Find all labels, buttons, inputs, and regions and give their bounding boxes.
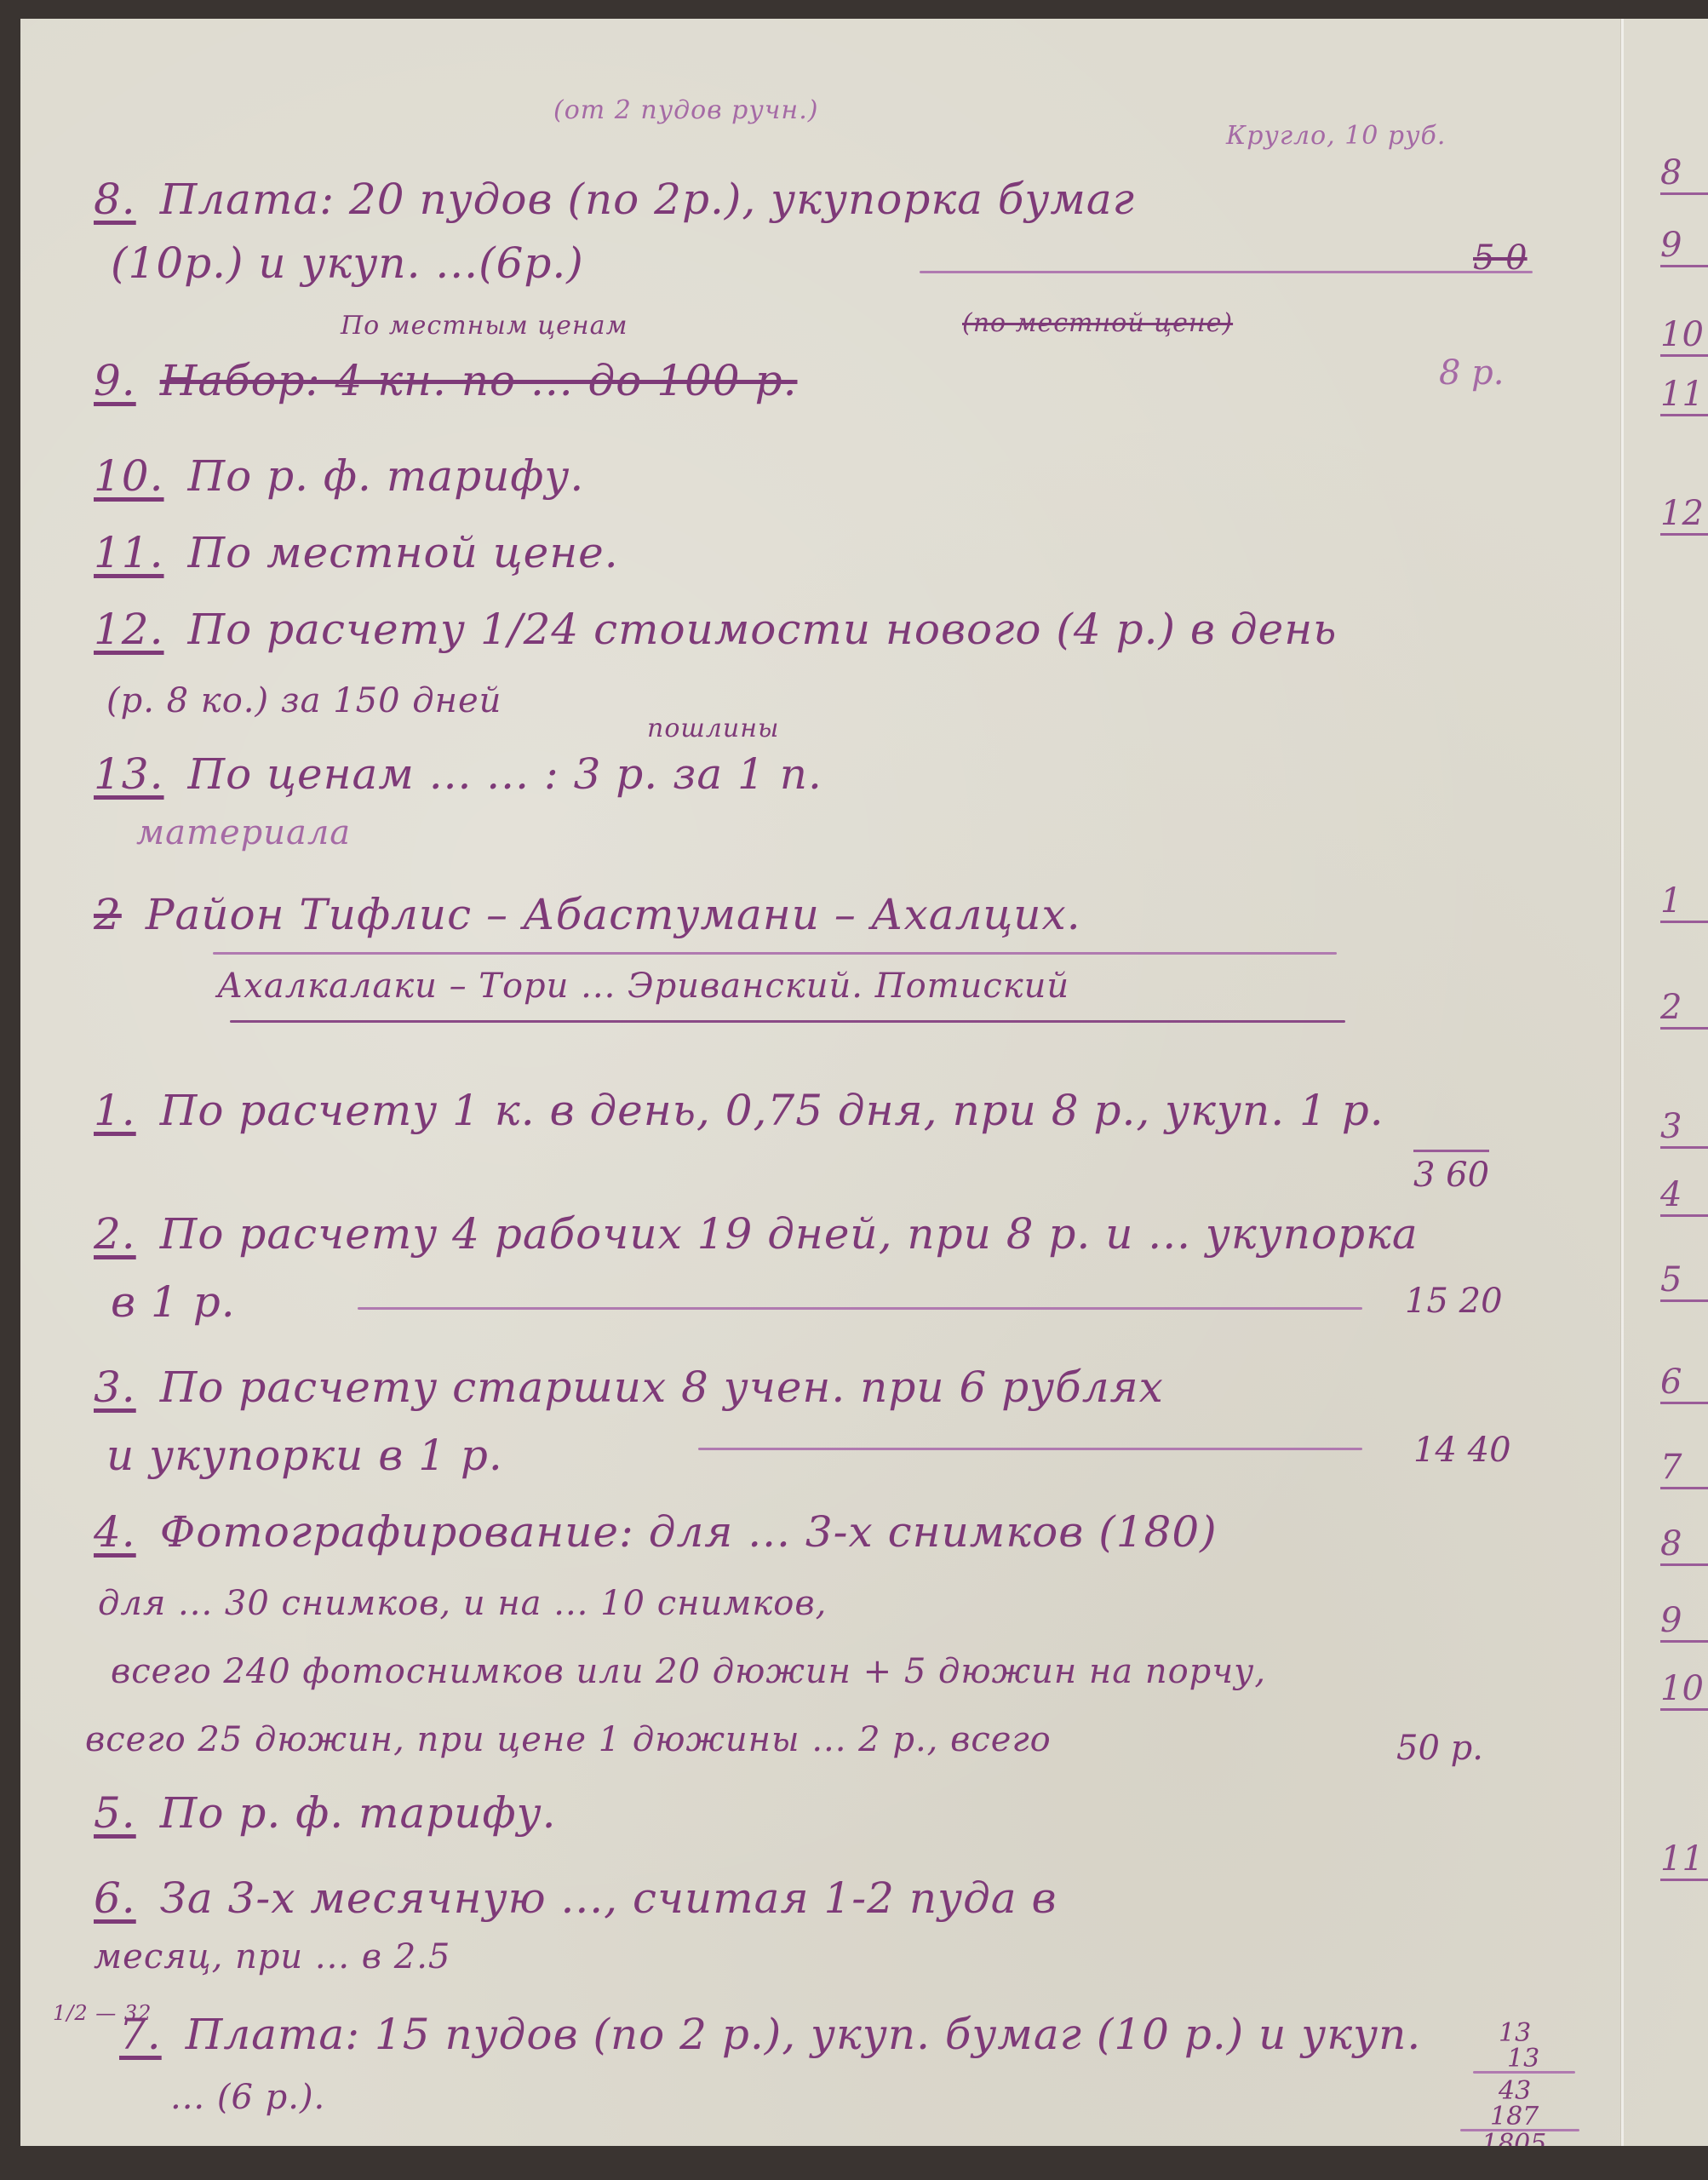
edge-number: 10 (1660, 315, 1708, 357)
item-b3-line2: и укупорки в 1 р. (106, 1431, 503, 1480)
leader-line (358, 1307, 1362, 1310)
item-number: 9. (94, 356, 136, 405)
item-8-line1: 8.Плата: 20 пудов (по 2р.), укупорка бум… (94, 175, 1135, 224)
item-9-amount: 8 р. (1439, 353, 1504, 393)
item-b1-amount: 3 60 (1413, 1150, 1489, 1195)
page-fold-line (1621, 19, 1624, 2161)
edge-number: 5 (1660, 1260, 1708, 1302)
item-12-line2: (р. 8 ко.) за 150 дней (106, 681, 502, 720)
item-11-line1: 11.По местной цене. (94, 528, 619, 577)
item-b4-line2: для ... 30 снимков, и на ... 10 снимков, (98, 1584, 827, 1623)
annotation-above-9: По местным ценам (341, 311, 628, 341)
annotation-above-8: (от 2 пудов ручн.) (553, 95, 818, 125)
item-b4-line4: всего 25 дюжин, при цене 1 дюжины ... 2 … (85, 1720, 1052, 1759)
item-8-amount: 5 0 (1473, 238, 1527, 278)
item-13-line2: материала (136, 813, 351, 852)
edge-number: 3 (1660, 1107, 1708, 1149)
item-number: 12. (94, 605, 164, 654)
item-text: По расчету 4 рабочих 19 дней, при 8 р. и… (160, 1209, 1419, 1259)
item-text: Плата: 15 пудов (по 2 р.), укуп. бумаг (… (186, 2010, 1422, 2059)
calc-value: 13 (1507, 2044, 1539, 2074)
item-b1-line1: 1.По расчету 1 к. в день, 0,75 дня, при … (94, 1086, 1384, 1135)
item-text: Фотографирование: для ... 3-х снимков (1… (160, 1507, 1218, 1557)
item-b4-line1: 4.Фотографирование: для ... 3-х снимков … (94, 1507, 1218, 1557)
item-b2-amount: 15 20 (1405, 1282, 1503, 1321)
item-text: По расчету 1/24 стоимости нового (4 р.) … (188, 605, 1338, 654)
item-number: 3. (94, 1362, 136, 1412)
heading-text: Район Тифлис – Абастумани – Ахалцих. (146, 890, 1081, 939)
item-text: По расчету старших 8 учен. при 6 рублях (160, 1362, 1164, 1412)
item-number: 8. (94, 175, 136, 224)
item-number: 2. (94, 1209, 136, 1259)
item-text: По р. ф. тарифу. (188, 451, 585, 501)
calc-rule (1473, 2071, 1575, 2074)
item-text: Плата: 20 пудов (по 2р.), укупорка бумаг (160, 175, 1135, 224)
annotation-right-8: Кругло, 10 руб. (1226, 121, 1446, 151)
item-text: За 3-х месячную ..., считая 1-2 пуда в (160, 1873, 1057, 1923)
edge-number: 9 (1660, 1601, 1708, 1643)
item-number: 13. (94, 749, 164, 799)
edge-number: 12 (1660, 494, 1708, 536)
edge-number: 10 (1660, 1669, 1708, 1711)
item-number: 6. (94, 1873, 136, 1923)
item-8-line2: (10р.) и укуп. ...(6р.) (111, 238, 584, 288)
item-b6-line2: месяц, при ... в 2.5 (94, 1937, 450, 1976)
item-number: 10. (94, 451, 164, 501)
item-number: 11. (94, 528, 164, 577)
scan-border-bottom (0, 2146, 1708, 2180)
edge-number: 6 (1660, 1362, 1708, 1404)
edge-number: 1 (1660, 881, 1708, 923)
heading-rule-bottom (230, 1020, 1345, 1023)
item-b7-line2: ... (6 р.). (170, 2078, 325, 2117)
item-b6-line1: 6.За 3-х месячную ..., считая 1-2 пуда в (94, 1873, 1057, 1923)
leader-line (920, 271, 1533, 273)
item-number: 7. (119, 2010, 162, 2059)
item-b4-line3: всего 240 фотоснимков или 20 дюжин + 5 д… (111, 1652, 1266, 1691)
annotation-bracket-9: (по местной цене) (962, 308, 1233, 338)
item-b2-line2: в 1 р. (111, 1277, 236, 1327)
edge-number: 9 (1660, 226, 1708, 267)
edge-number: 2 (1660, 988, 1708, 1030)
edge-number: 8 (1660, 153, 1708, 195)
heading-rule-top (213, 952, 1337, 955)
item-12-line1: 12.По расчету 1/24 стоимости нового (4 р… (94, 605, 1337, 654)
item-b3-amount: 14 40 (1413, 1431, 1511, 1470)
item-b4-amount: 50 р. (1396, 1729, 1483, 1768)
item-number: 4. (94, 1507, 136, 1557)
edge-number: 8 (1660, 1524, 1708, 1566)
edge-number: 11 (1660, 1839, 1708, 1881)
item-text: По расчету 1 к. в день, 0,75 дня, при 8 … (160, 1086, 1384, 1135)
annotation-above-13: пошлины (647, 714, 779, 743)
section-b-heading-line2: Ахалкалаки – Тори ... Эриванский. Потиск… (217, 967, 1069, 1006)
section-b-heading-line1: 2Район Тифлис – Абастумани – Ахалцих. (94, 890, 1081, 939)
calc-value: 187 (1490, 2102, 1539, 2131)
item-text: Набор: 4 кн. по ... до 100 р. (160, 356, 798, 405)
item-9-line1: 9.Набор: 4 кн. по ... до 100 р. (94, 356, 797, 405)
item-b5-line1: 5.По р. ф. тарифу. (94, 1788, 557, 1838)
item-b7-line1: 7.Плата: 15 пудов (по 2 р.), укуп. бумаг… (119, 2010, 1421, 2059)
section-number: 2 (94, 890, 122, 939)
item-b3-line1: 3.По расчету старших 8 учен. при 6 рубля… (94, 1362, 1164, 1412)
leader-line (698, 1448, 1362, 1450)
edge-number: 4 (1660, 1175, 1708, 1217)
item-text: По р. ф. тарифу. (160, 1788, 557, 1838)
item-10-line1: 10.По р. ф. тарифу. (94, 451, 584, 501)
item-13-line1: 13.По ценам ... ... : 3 р. за 1 п. (94, 749, 822, 799)
item-text: По ценам ... ... : 3 р. за 1 п. (188, 749, 822, 799)
item-text: По местной цене. (188, 528, 619, 577)
item-number: 5. (94, 1788, 136, 1838)
edge-number: 7 (1660, 1448, 1708, 1489)
item-b2-line1: 2.По расчету 4 рабочих 19 дней, при 8 р.… (94, 1209, 1419, 1259)
edge-number: 11 (1660, 375, 1708, 416)
item-number: 1. (94, 1086, 136, 1135)
